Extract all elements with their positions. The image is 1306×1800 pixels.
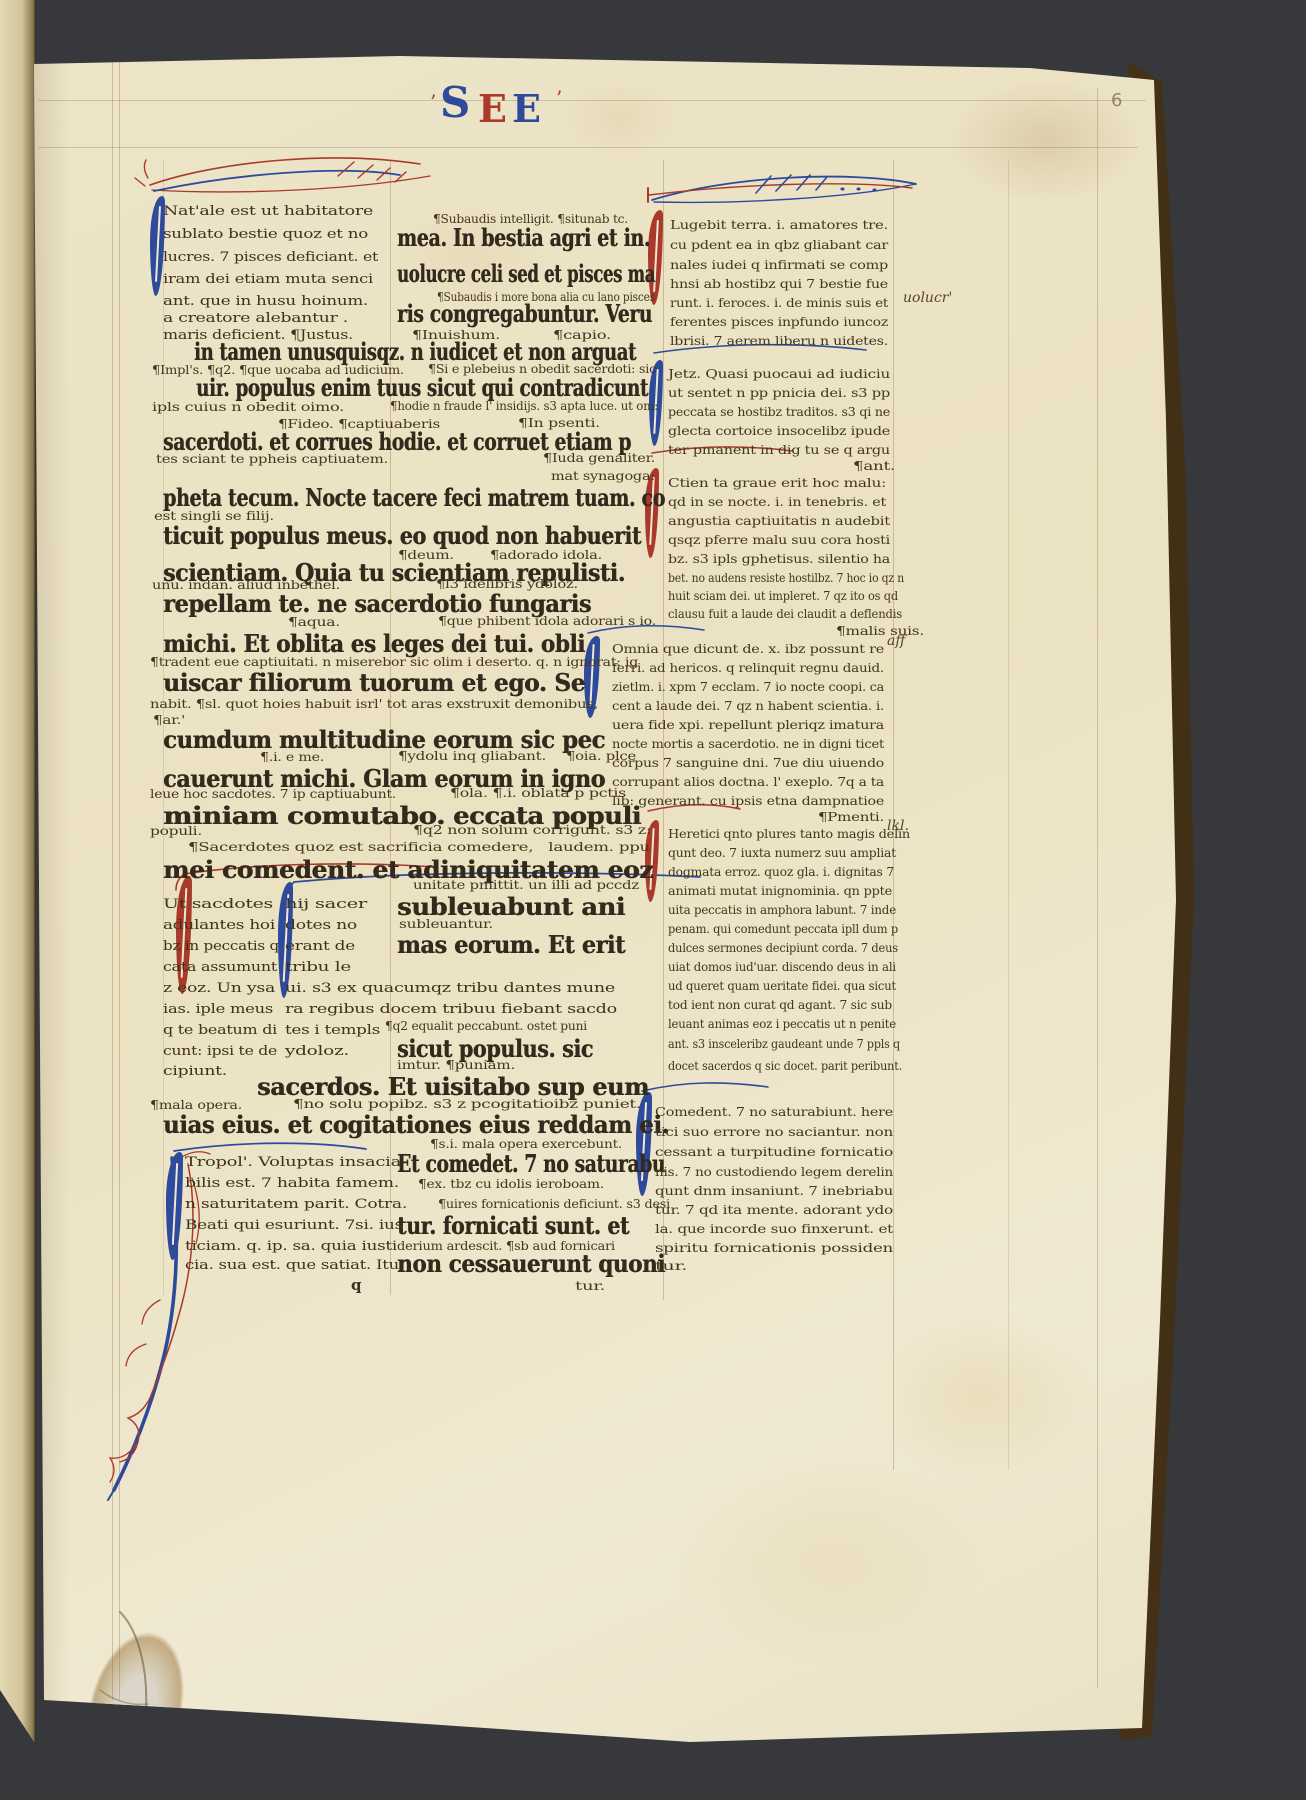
facing-page-edge	[0, 0, 36, 1760]
right-gloss-line: nis. 7 no custodiendo legem derelin	[655, 1166, 893, 1178]
interlinear-gloss: ¶Iuda genaliter.	[543, 452, 655, 464]
left-gloss-column-b-line: ydoloz.	[285, 1045, 349, 1058]
quire-mark: q	[351, 1278, 362, 1293]
interlinear-gloss: ¶q2 equalit peccabunt. ostet puni	[385, 1020, 587, 1032]
right-gloss-line: bz. s3 ipls gphetisus. silentio ha	[668, 553, 890, 565]
bible-text-line: michi. Et oblita es leges dei tui. obli	[163, 632, 585, 656]
interlinear-gloss: ¶no solu popibz. s3 z pcogitatioibz puni…	[293, 1098, 641, 1110]
margin-note: aff	[887, 634, 905, 648]
interlinear-gloss: ¶que phibent idola adorari s io.	[438, 615, 656, 627]
left-gloss-column-b-line: ui. s3 ex quacumqz tribu dantes mune	[285, 982, 615, 995]
bible-text-line: mea. In bestia agri et in.	[397, 226, 650, 250]
left-gloss-line: lucres. 7 pisces deficiant. et	[163, 251, 378, 264]
bible-text-line: mas eorum. Et erit	[397, 933, 625, 957]
bible-text-line: pheta tecum. Nocte tacere feci matrem tu…	[163, 486, 665, 510]
left-gloss-line: n saturitatem parit. Cotra.	[185, 1198, 407, 1211]
bible-text-line: tur. fornicati sunt. et	[397, 1214, 629, 1238]
left-gloss-column-b-line: ra regibus docem tribuu fiebant sacdo	[285, 1003, 617, 1016]
right-gloss-line: corpus 7 sanguine dni. 7ue diu uiuendo	[612, 757, 884, 769]
right-gloss-line: cessant a turpitudine fornicatio	[655, 1146, 893, 1158]
right-gloss-line: tici suo errore no saciantur. non	[655, 1126, 893, 1138]
right-gloss-line: nales iudei q infirmati se comp	[670, 259, 888, 271]
left-gloss-column-b-line: hij sacer	[285, 898, 367, 911]
right-gloss-line: penam. qui comedunt peccata ipll dum p	[668, 923, 898, 935]
left-gloss-column-a-line: bz in peccatis q	[163, 940, 279, 953]
right-gloss-line: ud queret quam ueritate fidei. qua sicut	[668, 980, 896, 992]
interlinear-gloss: leue hoc sacdotes. 7 ip captiuabunt.	[150, 788, 396, 800]
interlinear-gloss: mat synagoga:	[551, 470, 655, 482]
right-gloss-line: la. que incorde suo finxerunt. et	[655, 1223, 893, 1235]
bible-text-line: uias eius. et cogitationes eius reddam e…	[163, 1113, 669, 1137]
right-gloss-line: tod ient non curat qd agant. 7 sic sub	[668, 999, 892, 1011]
interlinear-gloss: imtur. ¶puniam.	[397, 1059, 515, 1071]
right-gloss-line: qunt deo. 7 iuxta numerz suu ampliat	[668, 847, 896, 859]
right-gloss-line: cu pdent ea in qbz gliabant car	[670, 239, 888, 251]
left-gloss-column-a-line: Ut sacdotes	[163, 898, 273, 911]
right-gloss-line: bet. no audens resiste hostilbz. 7 hoc i…	[668, 572, 904, 584]
right-gloss-line: cent a laude dei. 7 qz n habent scientia…	[612, 700, 884, 712]
right-gloss-line: tur.	[655, 1260, 687, 1272]
right-gloss-line: zietlm. i. xpm 7 ecclam. 7 io nocte coop…	[612, 681, 884, 693]
interlinear-gloss: ¶ydolu inq gliabant.	[398, 750, 546, 762]
interlinear-gloss: unitate pmittit. un illi ad pccdz	[413, 879, 639, 891]
right-gloss-line: Comedent. 7 no saturabiunt. here	[655, 1106, 893, 1118]
interlinear-gloss: ¶tradent eue captiuitati. n miserebor si…	[150, 656, 638, 668]
left-gloss-line: a creatore alebantur .	[163, 312, 348, 325]
right-gloss-line: ferentes pisces inpfundo iuncoz	[670, 316, 888, 328]
margin-note: uolucr'	[903, 291, 952, 305]
margin-note: lkl.	[887, 819, 909, 833]
interlinear-gloss: tur.	[575, 1280, 605, 1292]
interlinear-gloss: subleuantur.	[399, 918, 493, 930]
right-gloss-line: docet sacerdos q sic docet. parit peribu…	[668, 1060, 902, 1072]
left-gloss-column-a-line: q te beatum di	[163, 1024, 277, 1037]
right-gloss-line: uita peccatis in amphora labunt. 7 inde	[668, 904, 896, 916]
bible-text-line: ticuit populus meus. eo quod non habueri…	[163, 524, 641, 548]
manuscript-photo: ’ S E E ’ 6 Nat'ale est ut habitatoresub…	[0, 0, 1306, 1800]
left-gloss-column-a-line: z eoz. Un ysa	[163, 982, 275, 995]
interlinear-gloss: ¶aqua.	[288, 616, 340, 628]
left-gloss-column-a-line: cipiunt.	[163, 1065, 227, 1078]
left-gloss-line: cia. sua est. que satiat. Itu	[185, 1259, 399, 1272]
right-gloss-line: Jetz. Quasi puocaui ad iudiciu	[668, 368, 890, 380]
left-gloss-line: iram dei etiam muta senci	[163, 273, 373, 286]
right-gloss-line: Omnia que dicunt de. x. ibz possunt re	[612, 643, 884, 655]
interlinear-gloss: ¶.i. e me.	[260, 751, 324, 763]
left-gloss-line: bilis est. 7 habita famem.	[185, 1177, 399, 1190]
right-gloss-line: ut sentet n pp pnicia dei. s3 pp	[668, 387, 890, 399]
right-gloss-line: ter pmanent in dig tu se q argu	[668, 444, 890, 456]
interlinear-gloss: ¶uires fornicationis deficiunt. s3 desi	[438, 1198, 670, 1210]
left-gloss-line: ant. que in husu hoinum.	[163, 295, 368, 308]
right-gloss-line: Ctien ta graue erit hoc malu:	[668, 477, 886, 489]
right-gloss-line: nocte mortis a sacerdotio. ne in digni t…	[612, 738, 884, 750]
manuscript-page: ’ S E E ’ 6 Nat'ale est ut habitatoresub…	[0, 0, 1306, 1800]
right-gloss-line: qsqz pferre malu suu cora hosti	[668, 534, 890, 546]
left-gloss-column-b-line: erant de	[285, 940, 355, 953]
right-gloss-line: Heretici qnto plures tanto magis delin	[668, 828, 910, 840]
right-gloss-line: hnsi ab hostibz qui 7 bestie fue	[670, 278, 888, 290]
right-gloss-line: peccata se hostibz traditos. s3 qi ne	[668, 406, 890, 418]
right-gloss-line: ant. s3 insceleribz gaudeant unde 7 ppls…	[668, 1038, 900, 1050]
left-gloss-column-b-line: tribu le	[285, 961, 351, 974]
interlinear-gloss: tes sciant te ppheis captiuatem.	[156, 453, 388, 465]
interlinear-gloss: ¶hodie n fraude l' insidijs. s3 apta luc…	[390, 400, 658, 412]
right-gloss-line: dogmata erroz. quoz gla. i. dignitas 7	[668, 866, 894, 878]
right-gloss-line: ferri. ad hericos. q relinquit regnu dau…	[612, 662, 884, 674]
left-gloss-line: ticiam. q. ip. sa. quia iusti	[185, 1240, 397, 1253]
bible-text-line: in tamen unusquisqz. n iudicet et non ar…	[194, 340, 636, 364]
left-gloss-column-b-line: tes i templs	[285, 1024, 380, 1037]
right-gloss-line: dulces sermones decipiunt corda. 7 deus	[668, 942, 898, 954]
right-gloss-line: qd in se nocte. i. in tenebris. et	[668, 496, 886, 508]
bible-text-line: repellam te. ne sacerdotio fungaris	[163, 592, 591, 616]
left-gloss-line: sublato bestie quoz et no	[163, 228, 368, 241]
bible-text-line: uolucre celi sed et pisces ma	[397, 262, 655, 286]
left-gloss-line: Nat'ale est ut habitatore	[163, 205, 373, 218]
interlinear-gloss: ¶Sacerdotes quoz est sacrificia comedere…	[188, 841, 650, 853]
right-gloss-line: huit sciam dei. ut impleret. 7 qz ito os…	[668, 590, 898, 602]
right-gloss-line: ¶ant.	[853, 460, 895, 472]
bible-text-line: ris congregabuntur. Veru	[397, 302, 652, 326]
bible-text-line: uir. populus enim tuus sicut qui contrad…	[196, 376, 648, 400]
right-gloss-line: angustia captiuitatis n audebit	[668, 515, 890, 527]
left-gloss-line: Tropol'. Voluptas insacia	[185, 1156, 401, 1169]
interlinear-gloss: ¶ex. tbz cu idolis ieroboam.	[418, 1178, 604, 1190]
left-gloss-column-a-line: cunt: ipsi te de	[163, 1045, 277, 1058]
left-gloss-line: Beati qui esuriunt. 7si. ius	[185, 1219, 403, 1232]
interlinear-gloss: populi.	[150, 825, 202, 837]
left-gloss-column-a-line: cata assumunt	[163, 961, 277, 974]
left-gloss-column-b-line: dotes no	[285, 919, 357, 932]
bible-text-line: non cessauerunt quoni	[397, 1252, 665, 1276]
right-gloss-line: qunt dnm insaniunt. 7 inebriabu	[655, 1185, 893, 1197]
right-gloss-line: corrupant alios doctna. l' exeplo. 7q a …	[612, 776, 884, 788]
right-gloss-line: glecta cortoice insocelibz ipude	[668, 425, 890, 437]
right-gloss-line: runt. i. feroces. i. de minis suis et	[670, 297, 888, 309]
interlinear-gloss: ¶q2 non solum corrigunt. s3 z:	[413, 824, 651, 836]
right-gloss-line: Lugebit terra. i. amatores tre.	[670, 219, 888, 231]
interlinear-gloss: nabit. ¶sl. quot hoies habuit isrl' tot …	[150, 698, 598, 710]
right-gloss-line: clausu fuit a laude dei claudit a deflen…	[668, 608, 902, 620]
bible-text-line: sacerdos. Et uisitabo sup eum	[257, 1075, 649, 1099]
right-gloss-line: ¶malis suis.	[836, 625, 924, 637]
left-gloss-column-a-line: ias. iple meus	[163, 1003, 273, 1016]
bible-text-line: Et comedet. 7 no saturabu	[397, 1152, 665, 1176]
interlinear-gloss: ipls cuius n obedit oimo.	[152, 401, 344, 413]
right-gloss-line: leuant animas eoz i peccatis ut n penite	[668, 1018, 896, 1030]
right-gloss-line: lib: generant. cu ipsis etna dampnatioe	[612, 795, 884, 807]
right-gloss-line: uiat domos iud'uar. discendo deus in ali	[668, 961, 896, 973]
text-layer: Nat'ale est ut habitatoresublato bestie …	[0, 0, 1306, 1800]
right-gloss-line: tur. 7 qd ita mente. adorant ydo	[655, 1204, 893, 1216]
interlinear-gloss: ¶ola. ¶.i. oblata p pctis	[450, 787, 626, 799]
bible-text-line: uiscar filiorum tuorum et ego. Se	[163, 671, 585, 695]
bible-text-line: subleuabunt ani	[397, 895, 625, 919]
right-gloss-line: uera fide xpi. repellunt pleriqz imatura	[612, 719, 884, 731]
bible-text-line: miniam comutabo.	[163, 804, 445, 828]
right-gloss-line: lbrisi. 7 aerem liberu n uidetes.	[670, 335, 888, 347]
right-gloss-line: ¶Pmenti.	[818, 811, 884, 823]
right-gloss-line: spiritu fornicationis possiden	[655, 1242, 893, 1254]
left-gloss-column-a-line: adulantes hoi	[163, 919, 275, 932]
right-gloss-line: animati mutat inignominia. qn ppte	[668, 885, 892, 897]
